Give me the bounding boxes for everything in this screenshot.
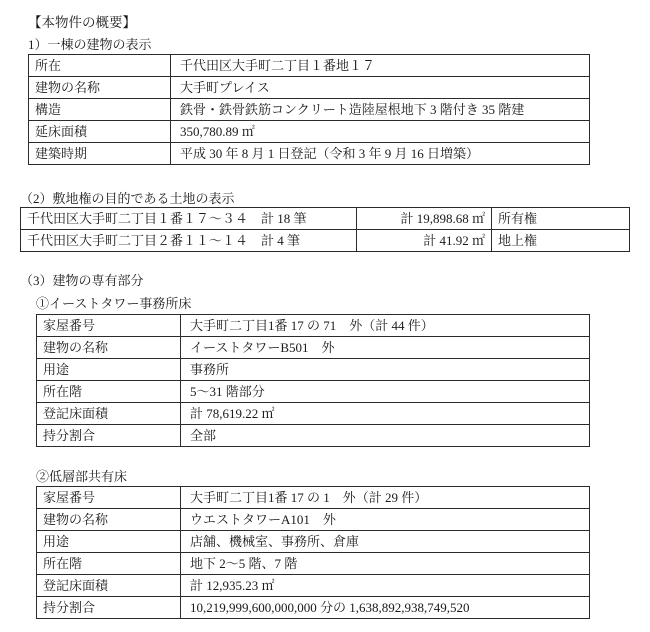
row-value: 鉄骨・鉄骨鉄筋コンクリート造陸屋根地下 3 階付き 35 階建 (171, 99, 590, 121)
row-value: 350,780.89 ㎡ (171, 121, 590, 143)
row-value: 大手町プレイス (171, 77, 590, 99)
table-row: 所在階 地下 2～5 階、7 階 (37, 553, 590, 575)
land-area: 計 19,898.68 ㎡ (357, 208, 492, 230)
table-row: 千代田区大手町二丁目１番１７～３４ 計 18 筆 計 19,898.68 ㎡ 所… (21, 208, 630, 230)
row-label: 構造 (29, 99, 171, 121)
row-label: 登記床面積 (37, 403, 181, 425)
row-label: 建築時期 (29, 143, 171, 165)
table-row: 登記床面積 計 12,935.23 ㎡ (37, 575, 590, 597)
row-label: 所在階 (37, 381, 181, 403)
table-row: 延床面積 350,780.89 ㎡ (29, 121, 590, 143)
subsection2-heading: ②低層部共有床 (36, 466, 127, 485)
land-tenure: 所有権 (492, 208, 630, 230)
table-row: 所在 千代田区大手町二丁目１番地１７ (29, 55, 590, 77)
east-tower-office-table: 家屋番号 大手町二丁目1番 17 の 71 外（計 44 件） 建物の名称 イー… (36, 314, 590, 447)
row-value: 計 78,619.22 ㎡ (181, 403, 590, 425)
land-tenure: 地上権 (492, 230, 630, 252)
land-area: 計 41.92 ㎡ (357, 230, 492, 252)
row-value: 全部 (181, 425, 590, 447)
row-label: 登記床面積 (37, 575, 181, 597)
section3-heading: （3）建物の専有部分 (20, 270, 144, 289)
row-label: 用途 (37, 531, 181, 553)
table-row: 建物の名称 大手町プレイス (29, 77, 590, 99)
table-row: 持分割合 全部 (37, 425, 590, 447)
table-row: 千代田区大手町二丁目２番１１～１４ 計 4 筆 計 41.92 ㎡ 地上権 (21, 230, 630, 252)
row-label: 所在階 (37, 553, 181, 575)
row-label: 持分割合 (37, 597, 181, 619)
table-row: 構造 鉄骨・鉄骨鉄筋コンクリート造陸屋根地下 3 階付き 35 階建 (29, 99, 590, 121)
table-row: 建築時期 平成 30 年 8 月 1 日登記（令和 3 年 9 月 16 日増築… (29, 143, 590, 165)
land-description: 千代田区大手町二丁目１番１７～３４ 計 18 筆 (21, 208, 357, 230)
low-rise-shared-floor-table: 家屋番号 大手町二丁目1番 17 の 1 外（計 29 件） 建物の名称 ウエス… (36, 486, 590, 619)
row-label: 建物の名称 (37, 509, 181, 531)
building-outline-table: 所在 千代田区大手町二丁目１番地１７ 建物の名称 大手町プレイス 構造 鉄骨・鉄… (28, 54, 590, 165)
row-value: 大手町二丁目1番 17 の 71 外（計 44 件） (181, 315, 590, 337)
document-title: 【本物件の概要】 (28, 11, 136, 31)
row-label: 家屋番号 (37, 487, 181, 509)
row-label: 家屋番号 (37, 315, 181, 337)
row-value: 地下 2～5 階、7 階 (181, 553, 590, 575)
property-overview-document: 【本物件の概要】 1）一棟の建物の表示 所在 千代田区大手町二丁目１番地１７ 建… (0, 0, 650, 632)
row-value: 平成 30 年 8 月 1 日登記（令和 3 年 9 月 16 日増築） (171, 143, 590, 165)
land-rights-table: 千代田区大手町二丁目１番１７～３４ 計 18 筆 計 19,898.68 ㎡ 所… (20, 207, 630, 252)
table-row: 建物の名称 ウエストタワーA101 外 (37, 509, 590, 531)
row-value: 大手町二丁目1番 17 の 1 外（計 29 件） (181, 487, 590, 509)
row-value: 計 12,935.23 ㎡ (181, 575, 590, 597)
table-row: 用途 事務所 (37, 359, 590, 381)
row-label: 建物の名称 (37, 337, 181, 359)
row-label: 持分割合 (37, 425, 181, 447)
table-row: 持分割合 10,219,999,600,000,000 分の 1,638,892… (37, 597, 590, 619)
row-value: 10,219,999,600,000,000 分の 1,638,892,938,… (181, 597, 590, 619)
row-label: 建物の名称 (29, 77, 171, 99)
table-row: 登記床面積 計 78,619.22 ㎡ (37, 403, 590, 425)
row-value: 事務所 (181, 359, 590, 381)
row-label: 所在 (29, 55, 171, 77)
table-row: 用途 店舗、機械室、事務所、倉庫 (37, 531, 590, 553)
table-row: 建物の名称 イーストタワーB501 外 (37, 337, 590, 359)
section1-heading: 1）一棟の建物の表示 (28, 34, 152, 53)
table-row: 家屋番号 大手町二丁目1番 17 の 1 外（計 29 件） (37, 487, 590, 509)
row-value: 店舗、機械室、事務所、倉庫 (181, 531, 590, 553)
table-row: 所在階 5～31 階部分 (37, 381, 590, 403)
row-value: ウエストタワーA101 外 (181, 509, 590, 531)
subsection1-heading: ①イーストタワー事務所床 (36, 293, 191, 312)
row-label: 延床面積 (29, 121, 171, 143)
row-label: 用途 (37, 359, 181, 381)
row-value: イーストタワーB501 外 (181, 337, 590, 359)
row-value: 5～31 階部分 (181, 381, 590, 403)
table-row: 家屋番号 大手町二丁目1番 17 の 71 外（計 44 件） (37, 315, 590, 337)
land-description: 千代田区大手町二丁目２番１１～１４ 計 4 筆 (21, 230, 357, 252)
section2-heading: （2）敷地権の目的である土地の表示 (20, 188, 235, 207)
row-value: 千代田区大手町二丁目１番地１７ (171, 55, 590, 77)
